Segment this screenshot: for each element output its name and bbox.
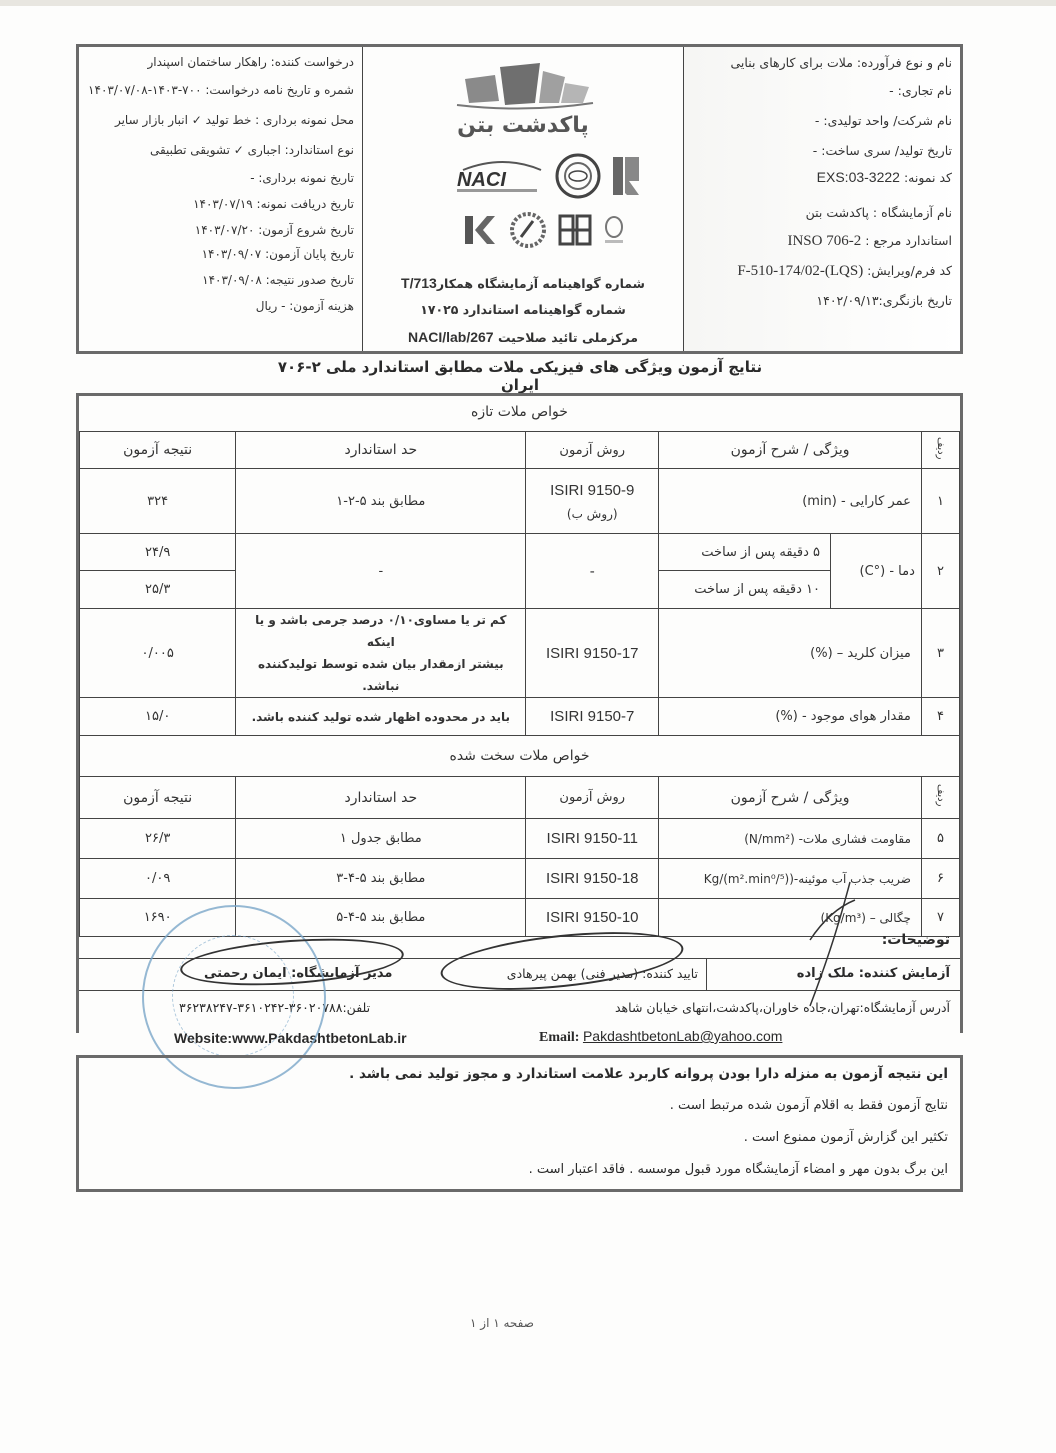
row-result: ۲۶/۳ <box>80 819 236 859</box>
col-property: ویژگی / شرح آزمون <box>659 777 922 819</box>
row-property: دما - (°C) <box>831 534 922 609</box>
iso-seal-icon <box>555 153 601 199</box>
col-num-label: ردیف <box>935 784 946 806</box>
standard-line-2: بیشتر ازمقدار بیان شده توسط تولیدکننده ن… <box>242 653 519 697</box>
disclaimer-box: این نتیجه آزمون به منزله دارا بودن پروان… <box>76 1055 963 1192</box>
col-num: ردیف <box>921 432 959 469</box>
col-method: روش آزمون <box>526 777 659 819</box>
form-code: کد فرم/ویرایش: (LQS)-F-510-174/02 <box>737 263 952 280</box>
row-property: ضریب جذب آب موئینه-(Kg/(m².min⁰/⁵) <box>659 859 922 899</box>
standard-type: نوع استاندارد: اجباری ✓ تشویقی تطبیقی <box>150 143 354 157</box>
row-standard: کم تر یا مساوی۰/۱۰ درصد جرمی باشد و یا ا… <box>236 609 526 698</box>
table-row: ۴ مقدار هوای موجود - (%) ISIRI 9150-7 با… <box>80 698 960 736</box>
request-info: درخواست کننده: راهکار ساختمان اسپندار شم… <box>79 47 362 351</box>
row-method: ISIRI 9150-7 <box>526 698 659 736</box>
table-row: ۳ میزان کلرید – (%) ISIRI 9150-17 کم تر … <box>80 609 960 698</box>
row-method: ISIRI 9150-10 <box>526 899 659 937</box>
row-property: عمر کارایی - (min) <box>659 469 922 534</box>
production-date: تاریخ تولید/ سری ساخت: - <box>813 143 952 158</box>
revision-date: تاریخ بازنگری:۱۴۰۲/۰۹/۱۳ <box>816 293 952 308</box>
request-number: شمره و تاریخ نامه درخواست: ۷۰۰-۱۴۰۳-۱۴۰۳… <box>88 83 354 97</box>
company-name: نام شرکت/ واحد تولیدی: - <box>815 113 952 128</box>
svg-text:NACI: NACI <box>457 169 506 191</box>
table-header-row: ردیف ویژگی / شرح آزمون روش آزمون حد استا… <box>80 777 960 819</box>
lab-email: Email: PakdashtbetonLab@yahoo.com <box>539 1028 782 1046</box>
logo-row-2 <box>463 211 625 249</box>
form-code-label: کد فرم/ویرایش: <box>867 263 952 278</box>
row-num: ۱ <box>921 469 959 534</box>
disclaimer-note-4: این برگ بدون مهر و امضاء آزمایشگاه مورد … <box>529 1162 948 1177</box>
product-name-type: نام و نوع فرآورده: ملات برای کارهای بنای… <box>730 55 952 70</box>
report-title: نتایج آزمون ویژگی های فیزیکی ملات مطابق … <box>260 358 780 394</box>
cert-line-3: مرکزملی تائید صلاحیت NACI/lab/267 <box>363 329 683 345</box>
row-property: مقدار هوای موجود - (%) <box>659 698 922 736</box>
row-num: ۲ <box>921 534 959 609</box>
standard-line-1: کم تر یا مساوی۰/۱۰ درصد جرمی باشد و یا ا… <box>242 609 519 653</box>
method-code: ISIRI 9150-9 <box>532 482 652 499</box>
table-row: ۲ دما - (°C) ۵ دقیقه پس از ساخت - - ۲۴/۹ <box>80 534 960 571</box>
scan-edge <box>0 0 1056 6</box>
row-standard: باید در محدوده اظهار شده تولید کننده باش… <box>236 698 526 736</box>
test-cost: هزینه آزمون: - ریال <box>256 299 354 313</box>
table-row: ۱ عمر کارایی - (min) ISIRI 9150-9 (روش ب… <box>80 469 960 534</box>
row-subproperty: ۱۰ دقیقه پس از ساخت <box>659 571 831 609</box>
row-result: ۰/۰۹ <box>80 859 236 899</box>
row-property: میزان کلرید – (%) <box>659 609 922 698</box>
row-standard: - <box>236 534 526 609</box>
requester: درخواست کننده: راهکار ساختمان اسپندار <box>147 55 354 69</box>
sampling-place: محل نمونه برداری : خط تولید ✓ انبار بازا… <box>115 113 354 127</box>
row-method: ISIRI 9150-18 <box>526 859 659 899</box>
col-result: نتیجه آزمون <box>80 777 236 819</box>
row-standard: مطابق بند ۵-۴-۳ <box>236 859 526 899</box>
hardened-section-title: خواص ملات سخت شده <box>80 736 960 777</box>
test-end-date: تاریخ پایان آزمون: ۱۴۰۳/۰۹/۰۷ <box>202 247 354 261</box>
result-date: تاریخ صدور نتیجه: ۱۴۰۳/۰۹/۰۸ <box>202 273 354 287</box>
cert-line-3-code: NACI/lab/267 <box>408 329 494 345</box>
cert-line-1-text: شماره گواهینامه آزمایشگاه همکار <box>437 276 645 291</box>
ref-standard: استاندارد مرجع : INSO 706-2 <box>787 233 952 250</box>
header-box: درخواست کننده: راهکار ساختمان اسپندار شم… <box>76 44 963 354</box>
receive-date: تاریخ دریافت نمونه: ۱۴۰۳/۰۷/۱۹ <box>193 197 354 211</box>
cert-line-3-text: مرکزملی تائید صلاحیت <box>498 330 638 345</box>
method-note: (روش ب) <box>532 507 652 521</box>
building-logo-icon <box>455 61 595 111</box>
fresh-results-table: ردیف ویژگی / شرح آزمون روش آزمون حد استا… <box>79 431 960 937</box>
sampling-date: تاریخ نمونه برداری: - <box>250 171 354 185</box>
disclaimer-note-2: نتایج آزمون فقط به اقلام آزمون شده مرتبط… <box>670 1098 948 1113</box>
sample-code-label: کد نمونه: <box>904 170 952 185</box>
col-method: روش آزمون <box>526 432 659 469</box>
col-num-label: ردیف <box>935 437 946 459</box>
company-logo-text: پاکدشت بتن <box>443 113 603 138</box>
trade-name: نام تجاری: - <box>889 83 952 98</box>
wreath-logo-icon <box>509 211 547 249</box>
row-method: - <box>526 534 659 609</box>
lab-name: نام آزمایشگاه : پاکدشت بتن <box>806 205 952 220</box>
notes-label: توضیحات: <box>882 932 950 948</box>
col-standard: حد استاندارد <box>236 432 526 469</box>
row-num: ۵ <box>921 819 959 859</box>
col-result: نتیجه آزمون <box>80 432 236 469</box>
fresh-section-title: خواص ملات تازه <box>79 404 960 420</box>
hardened-section-row: خواص ملات سخت شده <box>80 736 960 777</box>
cert-line-1: شماره گواهینامه آزمایشگاه همکارT/713 <box>363 275 683 291</box>
sample-code-value: EXS:03-3222 <box>817 169 900 185</box>
col-num: ردیف <box>921 777 959 819</box>
disclaimer-note-3: تکثیر این گزارش آزمون ممنوع است . <box>744 1130 948 1145</box>
r-logo-icon <box>611 155 643 197</box>
page-number: صفحه ۱ از ۱ <box>470 1316 534 1330</box>
ref-standard-label: استاندارد مرجع : <box>865 233 952 248</box>
product-info: نام و نوع فرآورده: ملات برای کارهای بنای… <box>684 47 960 351</box>
disclaimer-note-1: این نتیجه آزمون به منزله دارا بودن پروان… <box>349 1066 948 1082</box>
email-link[interactable]: PakdashtbetonLab@yahoo.com <box>583 1028 782 1044</box>
bb-logo-icon <box>557 212 593 248</box>
table-row: ۵ مقاومت فشاری ملات- (N/mm²) ISIRI 9150-… <box>80 819 960 859</box>
row-result: ۳۲۴ <box>80 469 236 534</box>
row-result: ۲۵/۳ <box>80 571 236 609</box>
col-property: ویژگی / شرح آزمون <box>659 432 922 469</box>
row-standard: مطابق بند ۵-۲-۱ <box>236 469 526 534</box>
row-result: ۰/۰۰۵ <box>80 609 236 698</box>
sample-code: کد نمونه: EXS:03-3222 <box>817 169 952 185</box>
row-method: ISIRI 9150-9 (روش ب) <box>526 469 659 534</box>
row-num: ۶ <box>921 859 959 899</box>
divider <box>706 958 707 990</box>
row-method: ISIRI 9150-11 <box>526 819 659 859</box>
lab-address: آدرس آزمایشگاه:تهران،جاده خاوران،پاکدشت،… <box>615 1000 950 1015</box>
row-standard: مطابق جدول ۱ <box>236 819 526 859</box>
row-num: ۳ <box>921 609 959 698</box>
report-page: درخواست کننده: راهکار ساختمان اسپندار شم… <box>0 0 1056 1453</box>
row-num: ۷ <box>921 899 959 937</box>
cert-line-2: شماره گواهینامه استاندارد ۱۷۰۲۵ <box>363 302 683 317</box>
row-method: ISIRI 9150-17 <box>526 609 659 698</box>
kc-logo-icon <box>463 212 499 248</box>
row-result: ۱۵/۰ <box>80 698 236 736</box>
row-num: ۴ <box>921 698 959 736</box>
logo-row-1: NACI <box>453 153 643 199</box>
col-standard: حد استاندارد <box>236 777 526 819</box>
form-code-value: (LQS)-F-510-174/02 <box>737 263 863 279</box>
naci-logo-icon: NACI <box>453 158 545 194</box>
row-result: ۲۴/۹ <box>80 534 236 571</box>
logo-column: پاکدشت بتن NACI <box>362 47 684 351</box>
signature-tester-icon <box>800 880 860 1010</box>
row-property: چگالی – (Kg/m³) <box>659 899 922 937</box>
table-header-row: ردیف ویژگی / شرح آزمون روش آزمون حد استا… <box>80 432 960 469</box>
cert-line-1-code: T/713 <box>401 275 437 291</box>
email-label: Email: <box>539 1030 579 1045</box>
row-subproperty: ۵ دقیقه پس از ساخت <box>659 534 831 571</box>
test-start-date: تاریخ شروع آزمون: ۱۴۰۳/۰۷/۲۰ <box>195 223 354 237</box>
row-property: مقاومت فشاری ملات- (N/mm²) <box>659 819 922 859</box>
ref-standard-value: INSO 706-2 <box>787 233 861 249</box>
small-seal-icon <box>603 215 625 245</box>
